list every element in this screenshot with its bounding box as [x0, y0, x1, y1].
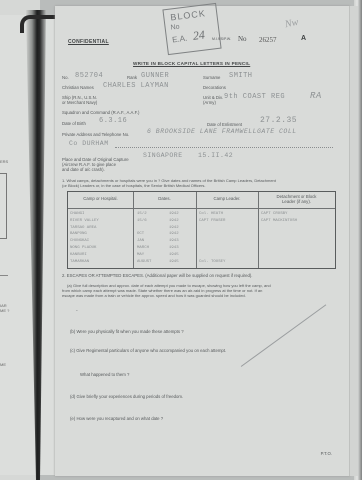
row-camp: CHANGI — [70, 211, 84, 217]
camps-table: Camp or Hospital. Dates. Camp Leader. De… — [67, 191, 336, 269]
squadron-label: Squadron and Command (R.A.F., A.A.F.) — [62, 110, 139, 115]
capture-label-line3: and date of a/c crash). — [62, 167, 105, 172]
christian-names-value: CHARLES LAYMAN — [103, 82, 169, 90]
section2-a-line3: escape was made from a train or vehicle … — [62, 293, 246, 298]
underlying-text: ME — [0, 362, 6, 367]
stamp-line-2: No — [170, 24, 180, 32]
pow-questionnaire-page: CONFIDENTIAL BLOCK No E.A. 24 Nw M.I.9/S… — [55, 6, 350, 476]
row-date-from: AUGUST — [137, 259, 151, 265]
row-block-leader: CAPT CROSBY — [261, 211, 287, 217]
row-camp-leader: Col. TOOSEY — [199, 259, 225, 265]
instruction-title: WRITE IN BLOCK CAPITAL LETTERS IN PENCIL — [133, 61, 250, 66]
address-line — [115, 147, 333, 148]
header-camp: Camp or Hospital. — [68, 196, 133, 201]
rank-value: GUNNER — [141, 72, 169, 80]
row-date-from: MAY — [137, 252, 144, 258]
row-date-to: 1945 — [169, 252, 179, 258]
stamp-line-1: BLOCK — [170, 8, 206, 22]
underlying-text: ME ? — [0, 308, 9, 313]
ref-no-label: No — [238, 35, 247, 43]
row-date-from: JAN — [137, 238, 144, 244]
underlying-table — [0, 173, 7, 239]
section2-a-answer: - — [75, 307, 79, 314]
unit-label-line2: (Army) — [203, 100, 216, 105]
confidential-label: CONFIDENTIAL — [68, 39, 109, 45]
section2-d: (d) Give briefly your experiences during… — [70, 394, 183, 399]
section2-title: 2. ESCAPES OR ATTEMPTED ESCAPES. (Additi… — [62, 273, 253, 278]
row-camp: CHUNGKAI — [70, 238, 89, 244]
row-date-from: 15/6 — [137, 218, 147, 224]
col-divider — [196, 192, 197, 268]
surname-label: Surname — [203, 75, 220, 80]
unit-value-2: RA — [310, 91, 322, 101]
stamp-handwritten: 24 — [192, 28, 206, 44]
surname-value: SMITH — [229, 72, 253, 80]
capture-date: 15.II.42 — [198, 152, 233, 159]
row-date-from: OCT — [137, 231, 144, 237]
unit-value: 9th COAST REG — [224, 93, 285, 101]
stamp-line-3: E.A. — [172, 34, 188, 45]
row-date-to: 1942 — [169, 211, 179, 217]
row-date-to: 1942 — [169, 231, 179, 237]
address-label: Private Address and Telephone No. — [62, 132, 129, 137]
ref-suffix: A — [301, 35, 306, 42]
row-date-from: MARCH — [137, 245, 149, 251]
capture-place: SINGAPORE — [143, 152, 183, 159]
strike-line — [241, 304, 326, 366]
no-value: 852704 — [75, 72, 103, 80]
row-date-from: 15/2 — [137, 211, 147, 217]
row-date-to: 1942 — [169, 225, 179, 231]
section2-c: (c) Give Regimental particulars of anyon… — [70, 348, 226, 353]
section2-c-2: What happened to them ? — [80, 372, 129, 377]
row-camp: RIVER VALLEY — [70, 218, 99, 224]
section2-e: (e) How were you recaptured and on what … — [70, 416, 163, 421]
row-camp: TARSAO AREA — [70, 225, 96, 231]
row-date-to: 1943 — [169, 238, 179, 244]
col-divider — [133, 192, 134, 268]
header-dates: Dates. — [133, 196, 196, 201]
address-value-2: Co DURHAM — [69, 140, 109, 147]
block-stamp: BLOCK No E.A. 24 — [162, 3, 221, 55]
pto-label: P.T.O. — [321, 451, 332, 456]
row-date-to: 1943 — [169, 245, 179, 251]
dob-value: 6.3.16 — [99, 117, 127, 125]
no-label: No. — [62, 75, 69, 80]
dob-label: Date of Birth — [62, 121, 86, 126]
row-camp: NONG PLADUK — [70, 245, 96, 251]
address-value: 6 BROOKSIDE LANE FRAMWELLGATE COLL — [147, 128, 297, 135]
christian-names-label: Christian Names — [62, 85, 94, 90]
section2-b: (b) Were you physically fit when you mad… — [70, 329, 184, 334]
page-edge — [349, 6, 358, 476]
enlistment-label: Date of Enlistment — [207, 122, 242, 127]
ref-number: 26257 — [259, 36, 277, 44]
rank-label: Rank — [127, 75, 137, 80]
row-camp-leader: Col. HEATH — [199, 211, 223, 217]
handwritten-initials: Nw — [284, 17, 299, 31]
row-camp: TAMARKAN — [70, 259, 89, 265]
row-camp: BANPONG — [70, 231, 87, 237]
header-block-leader-2: Leader (if any). — [258, 199, 335, 204]
underlying-text: ERS — [0, 159, 8, 164]
row-block-leader: CAPT MACKINTOSH — [261, 218, 297, 224]
enlistment-value: 27.2.35 — [260, 116, 297, 125]
section1-text-2: (or Block) Leaders or, in the case of ho… — [62, 183, 206, 188]
row-camp-leader: CAPT FRASER — [199, 218, 225, 224]
row-date-to: 1945 — [169, 259, 179, 265]
row-camp: KANBURI — [70, 252, 87, 258]
row-date-to: 1942 — [169, 218, 179, 224]
decorations-label: Decorations — [203, 85, 226, 90]
ref-label: M.I.9/S/P.W. — [212, 37, 231, 41]
header-camp-leader: Camp Leader. — [196, 196, 258, 201]
underlying-line — [0, 275, 8, 276]
ship-label-line2: or Merchant Navy) — [62, 100, 97, 105]
